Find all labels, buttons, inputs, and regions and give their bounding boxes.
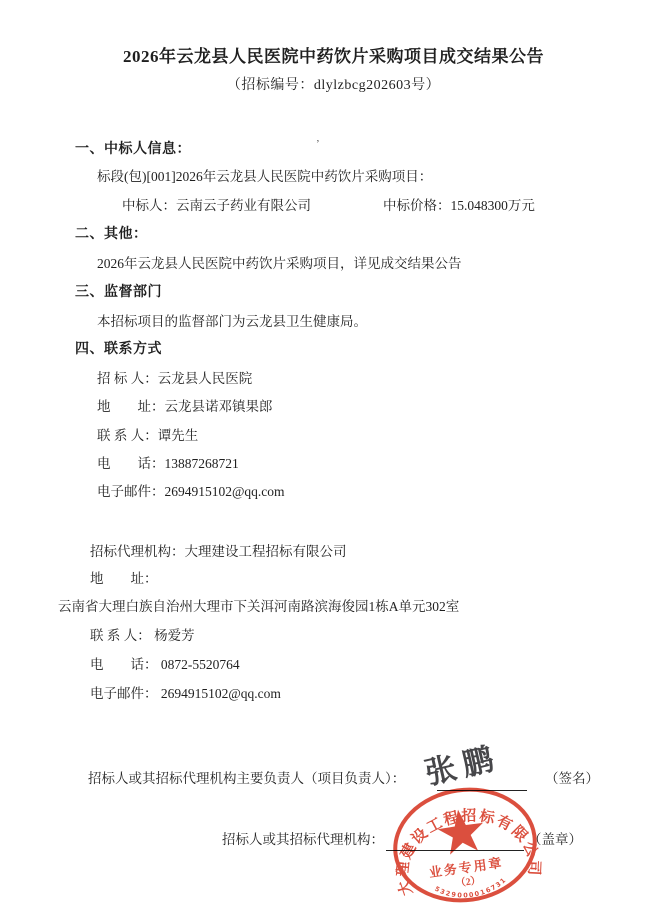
agency-name-line: 招标代理机构：大理建设工程招标有限公司 [90, 543, 347, 560]
tender-number-line: （招标编号：dlylzbcg202603号） [0, 74, 667, 94]
signature-suffix: （签名） [545, 770, 599, 787]
document-title: 2026年云龙县人民医院中药饮片采购项目成交结果公告 [0, 42, 667, 67]
section1-price-line: 中标价格：15.048300万元 [383, 197, 535, 214]
scan-artifact-mark: ’ [316, 138, 320, 150]
section3-body: 本招标项目的监督部门为云龙县卫生健康局。 [97, 313, 367, 330]
tenderer-email-line: 电子邮件：2694915102@qq.com [97, 483, 285, 500]
agency-contact-line: 联 系 人： 杨爱芳 [90, 627, 195, 644]
agency-address-label: 地 址： [90, 570, 158, 587]
section2-heading: 二、其他： [75, 226, 148, 243]
section1-heading: 一、中标人信息： [75, 141, 191, 158]
tenderer-name-line: 招 标 人：云龙县人民医院 [97, 370, 252, 387]
official-seal: 大理建设工程招标有限公司 业务专用章 （2） 5329000016731 [385, 781, 545, 904]
tenderer-contact-line: 联 系 人：谭先生 [97, 427, 198, 444]
section4-heading: 四、联系方式 [75, 341, 162, 358]
section2-body: 2026年云龙县人民医院中药饮片采购项目，详见成交结果公告 [97, 255, 462, 272]
scanned-document-page: 2026年云龙县人民医院中药饮片采购项目成交结果公告 （招标编号：dlylzbc… [0, 0, 667, 904]
agency-email-line: 电子邮件： 2694915102@qq.com [90, 685, 281, 702]
org-seal-label: 招标人或其招标代理机构： [222, 831, 384, 848]
principal-signature-label: 招标人或其招标代理机构主要负责人（项目负责人）： [88, 770, 405, 787]
tenderer-phone-line: 电 话：13887268721 [97, 455, 239, 472]
section1-winner-line: 中标人：云南云子药业有限公司 [122, 197, 311, 214]
section1-lot-line: 标段(包)[001]2026年云龙县人民医院中药饮片采购项目： [97, 168, 432, 185]
tenderer-address-line: 地 址：云龙县诺邓镇果郎 [97, 398, 273, 415]
section3-heading: 三、监督部门 [75, 284, 162, 301]
agency-phone-line: 电 话： 0872-5520764 [90, 656, 240, 673]
agency-address-value: 云南省大理白族自治州大理市下关洱河南路滨海俊园1栋A单元302室 [58, 598, 459, 615]
